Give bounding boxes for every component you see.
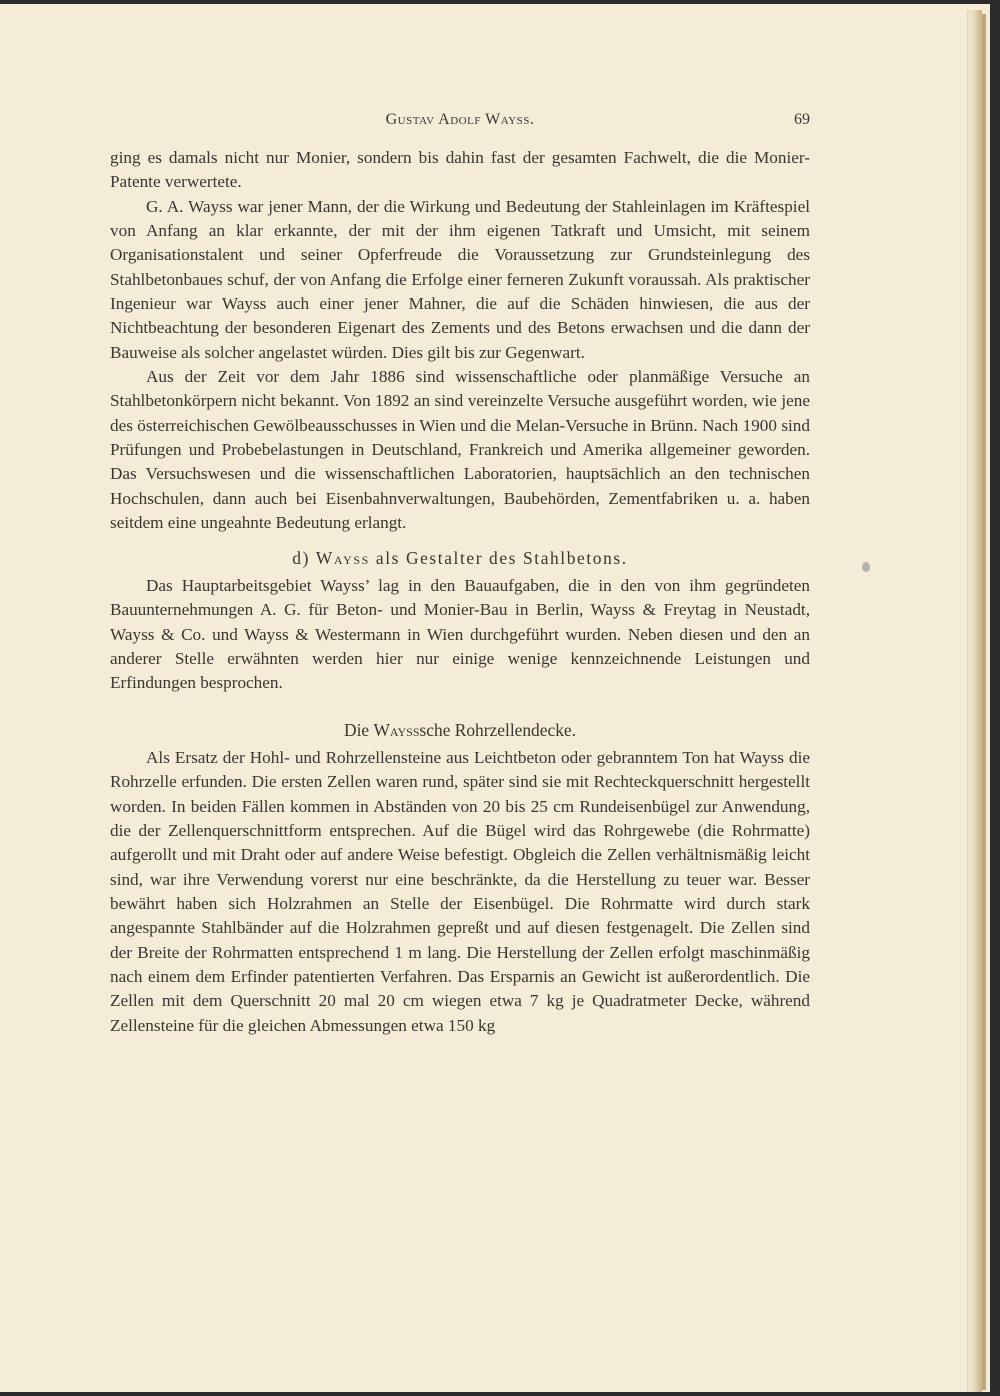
running-head: Gustav Adolf Wayss. 69 [110,102,810,132]
running-head-title: Gustav Adolf Wayss. [110,108,810,132]
section-heading-d-prefix: d) [292,548,310,568]
paper-blemish [862,562,870,572]
paragraph-wayss-role: G. A. Wayss war jener Mann, der die Wirk… [110,195,810,365]
section-heading-rohrzelle-pre: Die [344,720,369,740]
section-heading-d-name: Wayss [316,548,370,568]
page-stack-edge [967,10,982,1392]
paragraph-rohrzelle: Als Ersatz der Hohl- und Rohrzellenstein… [110,746,810,1038]
text-block: Gustav Adolf Wayss. 69 ging es damals ni… [110,102,810,1038]
paragraph-continuation: ging es damals nicht nur Monier, sondern… [110,146,810,195]
section-heading-rohrzelle-post: sche Rohrzellendecke. [420,720,576,740]
section-heading-rohrzelle: Die Waysssche Rohrzellendecke. [110,718,810,742]
section-heading-rohrzelle-name: Wayss [374,720,420,740]
paragraph-main-work: Das Hauptarbeitsgebiet Wayss’ lag in den… [110,574,810,696]
section-heading-d-rest: als Gestalter des Stahlbetons. [376,548,628,568]
page-stack-shadow [982,14,986,1390]
book-page: Gustav Adolf Wayss. 69 ging es damals ni… [0,4,990,1392]
page-number: 69 [794,108,810,132]
paragraph-experiments: Aus der Zeit vor dem Jahr 1886 sind wiss… [110,365,810,535]
section-heading-d: d) Wayss als Gestalter des Stahlbetons. [110,546,810,570]
